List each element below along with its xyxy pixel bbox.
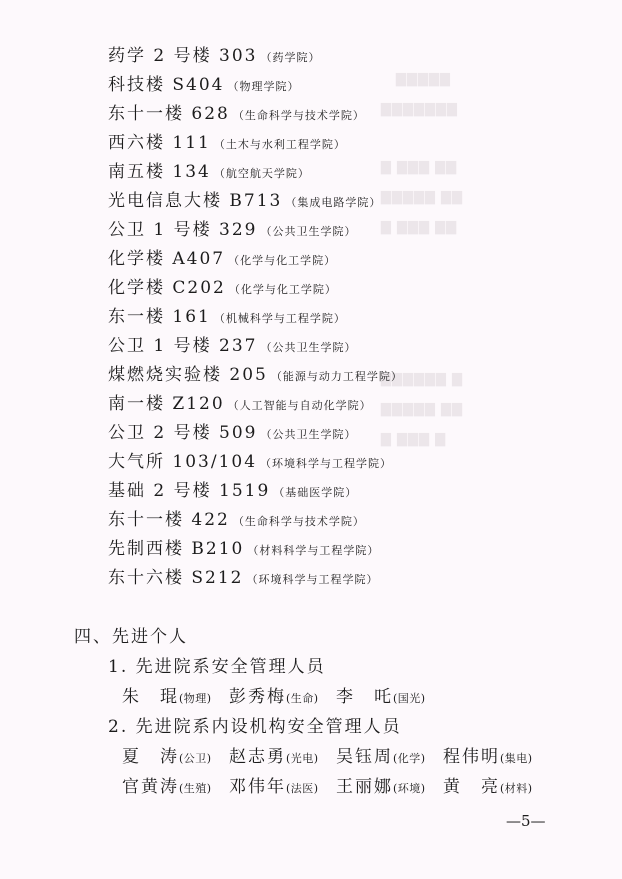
lab-college: （航空航天学院） [214,167,310,180]
person-list: 官黄涛(生殖) 邓伟年(法医) 王丽娜(环境) 黄 亮(材料) [122,776,543,800]
lab-item: 东一楼 161（机械科学与工程学院） [108,306,346,330]
person-dept: (材料) [500,782,533,795]
subsection-title: 2. 先进院系内设机构安全管理人员 [108,716,402,738]
person-dept: (法医) [286,782,319,795]
person-dept: (国光) [393,692,426,705]
person-name: 李 吒 [336,687,393,707]
lab-item: 公卫 1 号楼 237（公共卫生学院） [108,335,356,359]
lab-item: 西六楼 111（土木与水利工程学院） [108,132,346,156]
lab-college: （机械科学与工程学院） [214,312,346,325]
lab-item: 药学 2 号楼 303（药学院） [108,45,320,69]
lab-college: （土木与水利工程学院） [214,138,346,151]
person-dept: (环境) [393,782,426,795]
lab-building: 东十六楼 S212 [108,568,244,588]
person-name: 夏 涛 [122,747,179,767]
lab-building: 科技楼 S404 [108,75,225,95]
lab-item: 科技楼 S404（物理学院） [108,74,300,98]
lab-item: 化学楼 A407（化学与化工学院） [108,248,336,272]
person-entry: 夏 涛(公卫) [122,747,212,767]
lab-item: 东十一楼 422（生命科学与技术学院） [108,509,365,533]
lab-college: （人工智能与自动化学院） [228,399,372,412]
person-dept: (生殖) [179,782,212,795]
lab-building: 东一楼 161 [108,307,211,327]
person-name: 邓伟年 [229,777,286,797]
person-name: 王丽娜 [336,777,393,797]
lab-building: 先制西楼 B210 [108,539,244,559]
lab-item: 化学楼 C202（化学与化工学院） [108,277,337,301]
person-entry: 朱 琨(物理) [122,687,212,707]
lab-item: 大气所 103/104（环境科学与工程学院） [108,451,392,475]
person-name: 官黄涛 [122,777,179,797]
show-through-text: ▇▇ ▇▇▇ ▇ [380,220,456,235]
lab-college: （物理学院） [228,80,300,93]
show-through-text: ▇▇ ▇▇▇ ▇ [380,160,456,175]
page-number: —5— [506,812,546,830]
person-entry: 黄 亮(材料) [443,777,533,797]
lab-building: 东十一楼 422 [108,510,230,530]
lab-item: 南五楼 134（航空航天学院） [108,161,310,185]
section-heading: 四、先进个人 [74,626,188,648]
person-entry: 官黄涛(生殖) [122,777,212,797]
person-dept: (物理) [179,692,212,705]
lab-college: （公共卫生学院） [260,341,356,354]
lab-item: 光电信息大楼 B713（集成电路学院） [108,190,381,214]
person-entry: 王丽娜(环境) [336,777,426,797]
lab-college: （化学与化工学院） [229,283,337,296]
subsection-title: 1. 先进院系安全管理人员 [108,656,326,678]
person-name: 赵志勇 [229,747,286,767]
person-name: 吴钰周 [336,747,393,767]
lab-college: （能源与动力工程学院） [271,370,403,383]
document-page: ▇▇▇▇▇ ▇▇▇▇▇▇▇ ▇▇ ▇▇▇ ▇ ▇▇ ▇▇▇▇▇ ▇▇ ▇▇▇ ▇… [0,0,622,879]
show-through-text: ▇ ▇▇▇ ▇ [380,432,445,447]
lab-building: 化学楼 A407 [108,249,225,269]
lab-college: （药学院） [260,51,320,64]
person-entry: 李 吒(国光) [336,687,426,707]
lab-building: 大气所 103/104 [108,452,257,472]
lab-college: （生命科学与技术学院） [233,109,365,122]
lab-item: 东十六楼 S212（环境科学与工程学院） [108,567,379,591]
lab-college: （公共卫生学院） [260,225,356,238]
person-name: 黄 亮 [443,777,500,797]
person-dept: (光电) [286,752,319,765]
lab-building: 南一楼 Z120 [108,394,225,414]
person-dept: (化学) [393,752,426,765]
lab-building: 东十一楼 628 [108,104,230,124]
person-dept: (公卫) [179,752,212,765]
lab-college: （材料科学与工程学院） [247,544,379,557]
person-dept: (集电) [500,752,533,765]
lab-college: （基础医学院） [273,486,357,499]
show-through-text: ▇▇▇▇▇ [395,72,450,87]
lab-college: （公共卫生学院） [260,428,356,441]
lab-building: 公卫 1 号楼 329 [108,220,257,240]
show-through-text: ▇▇ ▇▇▇▇▇ [380,402,462,417]
show-through-text: ▇▇ ▇▇▇▇▇ [380,190,462,205]
lab-building: 公卫 1 号楼 237 [108,336,257,356]
person-entry: 程伟明(集电) [443,747,533,767]
lab-college: （集成电路学院） [285,196,381,209]
lab-college: （环境科学与工程学院） [247,573,379,586]
lab-college: （化学与化工学院） [228,254,336,267]
lab-building: 西六楼 111 [108,133,211,153]
person-dept: (生命) [286,692,319,705]
lab-item: 煤燃烧实验楼 205（能源与动力工程学院） [108,364,403,388]
lab-building: 基础 2 号楼 1519 [108,481,270,501]
lab-item: 基础 2 号楼 1519（基础医学院） [108,480,357,504]
lab-building: 化学楼 C202 [108,278,226,298]
show-through-text: ▇▇▇▇▇▇▇ [380,102,457,117]
person-name: 朱 琨 [122,687,179,707]
lab-item: 公卫 1 号楼 329（公共卫生学院） [108,219,356,243]
lab-item: 东十一楼 628（生命科学与技术学院） [108,103,365,127]
lab-college: （环境科学与工程学院） [260,457,392,470]
lab-item: 公卫 2 号楼 509（公共卫生学院） [108,422,356,446]
person-name: 彭秀梅 [229,687,286,707]
person-entry: 彭秀梅(生命) [229,687,319,707]
person-name: 程伟明 [443,747,500,767]
person-list: 朱 琨(物理) 彭秀梅(生命) 李 吒(国光) [122,686,436,710]
person-entry: 赵志勇(光电) [229,747,319,767]
lab-item: 南一楼 Z120（人工智能与自动化学院） [108,393,372,417]
lab-building: 南五楼 134 [108,162,211,182]
lab-college: （生命科学与技术学院） [233,515,365,528]
lab-item: 先制西楼 B210（材料科学与工程学院） [108,538,379,562]
person-entry: 吴钰周(化学) [336,747,426,767]
lab-building: 煤燃烧实验楼 205 [108,365,268,385]
lab-building: 光电信息大楼 B713 [108,191,282,211]
person-entry: 邓伟年(法医) [229,777,319,797]
lab-building: 公卫 2 号楼 509 [108,423,257,443]
lab-building: 药学 2 号楼 303 [108,46,257,66]
person-list: 夏 涛(公卫) 赵志勇(光电) 吴钰周(化学) 程伟明(集电) [122,746,543,770]
